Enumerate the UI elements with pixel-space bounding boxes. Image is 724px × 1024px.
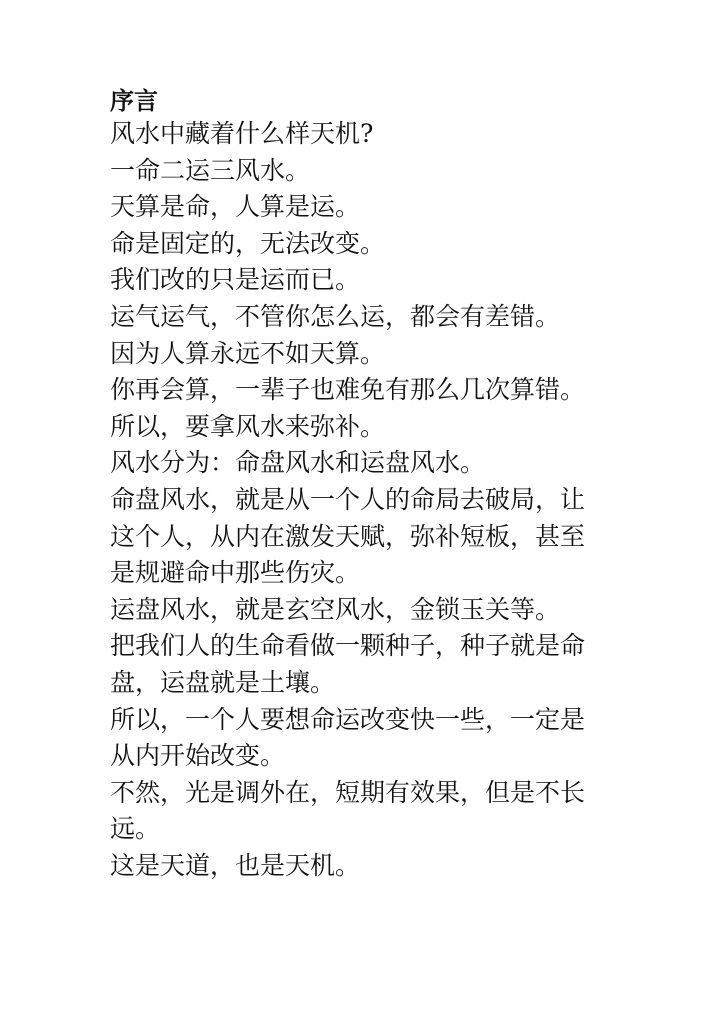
document-title: 序言 (110, 86, 630, 116)
text-line: 远。 (110, 811, 630, 848)
text-line: 因为人算永远不如天算。 (110, 336, 630, 373)
text-line: 所以，要拿风水来弥补。 (110, 409, 630, 446)
text-line: 命是固定的，无法改变。 (110, 226, 630, 263)
text-line: 这个人，从内在激发天赋，弥补短板，甚至 (110, 519, 630, 556)
document-body: 风水中藏着什么样天机? 一命二运三风水。 天算是命，人算是运。 命是固定的，无法… (110, 116, 630, 884)
text-line: 运气运气，不管你怎么运，都会有差错。 (110, 299, 630, 336)
text-line: 一命二运三风水。 (110, 153, 630, 190)
text-line: 命盘风水，就是从一个人的命局去破局，让 (110, 482, 630, 519)
text-line: 盘，运盘就是土壤。 (110, 665, 630, 702)
text-line: 从内开始改变。 (110, 738, 630, 775)
text-line: 你再会算，一辈子也难免有那么几次算错。 (110, 372, 630, 409)
text-line: 我们改的只是运而已。 (110, 262, 630, 299)
text-line: 把我们人的生命看做一颗种子，种子就是命 (110, 628, 630, 665)
text-line: 风水中藏着什么样天机? (110, 116, 630, 153)
text-line: 所以，一个人要想命运改变快一些，一定是 (110, 702, 630, 739)
text-line: 是规避命中那些伤灾。 (110, 555, 630, 592)
document-page: 序言 风水中藏着什么样天机? 一命二运三风水。 天算是命，人算是运。 命是固定的… (110, 86, 630, 884)
text-line: 天算是命，人算是运。 (110, 189, 630, 226)
text-line: 风水分为：命盘风水和运盘风水。 (110, 445, 630, 482)
text-line: 这是天道，也是天机。 (110, 848, 630, 885)
text-line: 运盘风水，就是玄空风水，金锁玉关等。 (110, 592, 630, 629)
text-line: 不然，光是调外在，短期有效果，但是不长 (110, 775, 630, 812)
